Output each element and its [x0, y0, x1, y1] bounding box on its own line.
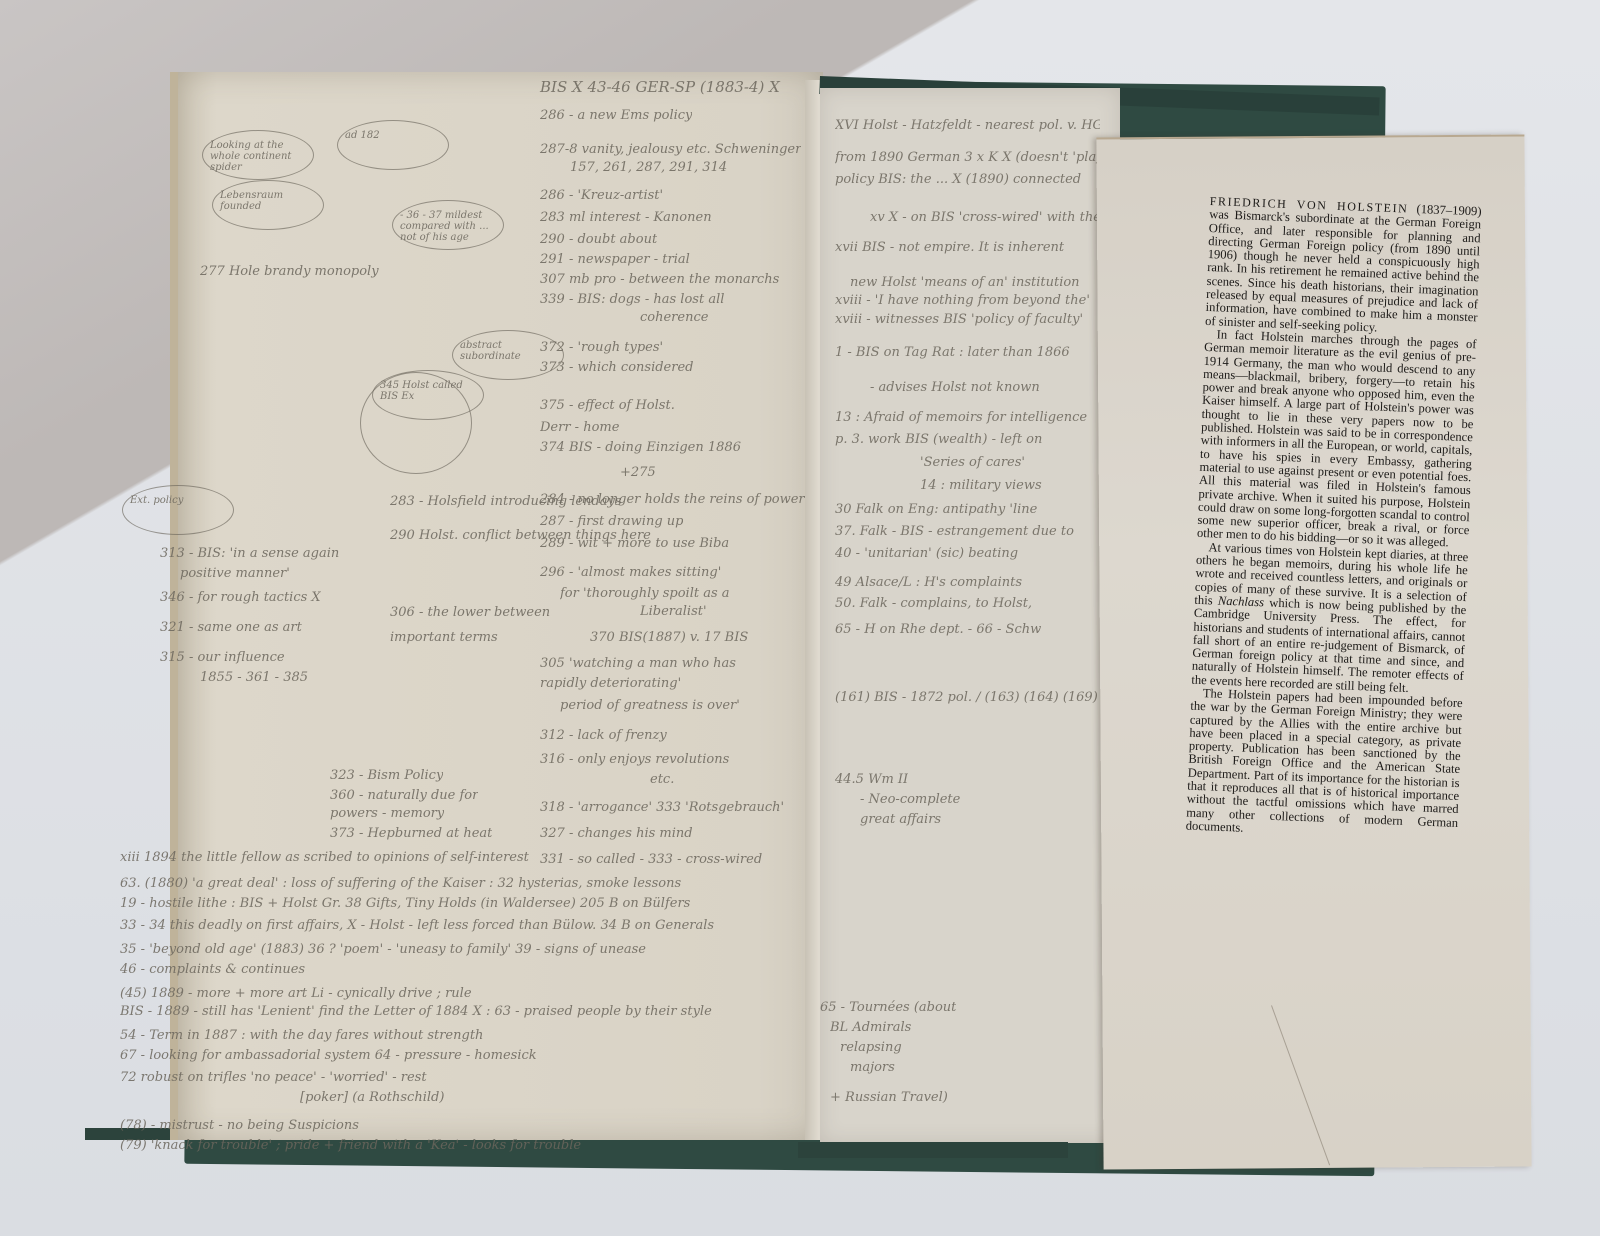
pencil-note: 277 Hole brandy monopoly	[200, 264, 379, 279]
pencil-note: 'Series of cares'	[920, 455, 1025, 470]
pencil-note: 67 - looking for ambassadorial system 64…	[120, 1048, 537, 1063]
pencil-note: new Holst 'means of an' institution	[850, 275, 1080, 290]
pencil-note: 290 Holst. conflict between things here	[390, 528, 651, 543]
pencil-note: xviii - 'I have nothing from beyond the'	[835, 293, 1090, 308]
pencil-note: 72 robust on trifles 'no peace' - 'worri…	[120, 1070, 427, 1085]
pencil-note: 50. Falk - complains, to Holst,	[835, 596, 1032, 611]
pencil-note: 305 'watching a man who has	[540, 656, 736, 671]
pencil-note: Derr - home	[540, 420, 619, 435]
large-circle-annotation	[360, 372, 472, 474]
pencil-note: etc.	[650, 772, 674, 787]
pencil-note: 290 - doubt about	[540, 232, 657, 247]
circled-note-text: ad 182	[345, 130, 380, 141]
circled-note-text: Ext. policy	[130, 495, 183, 506]
pencil-note: xv X - on BIS 'cross-wired' with the	[870, 210, 1100, 225]
jacket-blurb: FRIEDRICH VON HOLSTEIN (1837–1909) was B…	[1185, 195, 1481, 843]
pencil-note: 318 - 'arrogance' 333 'Rotsgebrauch'	[540, 800, 784, 815]
pencil-note: 14 : military views	[920, 478, 1042, 493]
pencil-note: 370 BIS(1887) v. 17 BIS	[590, 630, 748, 645]
pencil-note: great affairs	[860, 812, 941, 827]
pencil-note: 315 - our influence	[160, 650, 285, 665]
blurb-paragraph: At various times von Holstein kept diari…	[1191, 540, 1468, 697]
pencil-note: powers - memory	[330, 806, 444, 821]
pencil-note: 339 - BIS: dogs - has lost all	[540, 292, 724, 307]
note-header: BIS X 43-46 GER-SP (1883-4) X	[540, 78, 780, 96]
pencil-note: 316 - only enjoys revolutions	[540, 752, 729, 767]
pencil-note: 35 - 'beyond old age' (1883) 36 ? 'poem'…	[120, 942, 646, 957]
pencil-note: BL Admirals	[830, 1020, 911, 1035]
pencil-note: policy BIS: the ... X (1890) connected	[835, 172, 1081, 187]
pencil-note: 306 - the lower between	[390, 605, 550, 620]
pencil-note: (78) - mistrust - no being Suspicions	[120, 1118, 359, 1133]
pencil-note: xvii BIS - not empire. It is inherent	[835, 240, 1064, 255]
pencil-note: - advises Holst not known	[870, 380, 1040, 395]
pencil-note: 19 - hostile lithe : BIS + Holst Gr. 38 …	[120, 896, 690, 911]
pencil-note: 296 - 'almost makes sitting'	[540, 565, 721, 580]
pencil-note: 321 - same one as art	[160, 620, 302, 635]
pencil-note: p. 3. work BIS (wealth) - left on	[835, 432, 1042, 447]
pencil-note: 1855 - 361 - 385	[200, 670, 308, 685]
pencil-note: 54 - Term in 1887 : with the day fares w…	[120, 1028, 483, 1043]
pencil-note: 373 - Hepburned at heat	[330, 826, 492, 841]
pencil-note: 37. Falk - BIS - estrangement due to	[835, 524, 1074, 539]
pencil-note: 33 - 34 this deadly on first affairs, X …	[120, 918, 714, 933]
pencil-note: - Neo-complete	[860, 792, 960, 807]
circled-note	[122, 485, 234, 535]
circled-note	[337, 120, 449, 170]
pencil-note: 283 - Holsfield introducing lendays	[390, 494, 622, 509]
pencil-note: rapidly deteriorating'	[540, 676, 681, 691]
pencil-note: 65 - H on Rhe dept. - 66 - Schw	[835, 622, 1041, 637]
pencil-note: 44.5 Wm II	[835, 772, 908, 787]
pencil-note: 346 - for rough tactics X	[160, 590, 321, 605]
pencil-note: for 'thoroughly spoilt as a	[560, 586, 730, 601]
pencil-note: BIS - 1889 - still has 'Lenient' find th…	[120, 1004, 712, 1019]
binding-edge-bottom	[798, 1142, 1068, 1158]
pencil-note: 13 : Afraid of memoirs for intelligence	[835, 410, 1087, 425]
pencil-note: 40 - 'unitarian' (sic) beating	[835, 546, 1018, 561]
pencil-note: 157, 261, 287, 291, 314	[570, 160, 727, 175]
pencil-note: positive manner'	[180, 566, 290, 581]
pencil-note: from 1890 German 3 x K X (doesn't 'play …	[835, 150, 1100, 165]
pencil-note: 46 - complaints & continues	[120, 962, 305, 977]
pencil-note: +275	[620, 465, 656, 480]
pencil-note: (161) BIS - 1872 pol. / (163) (164) (169…	[835, 690, 1098, 705]
pencil-note: 331 - so called - 333 - cross-wired	[540, 852, 762, 867]
pencil-note: 312 - lack of frenzy	[540, 728, 667, 743]
pencil-note: 313 - BIS: 'in a sense again	[160, 546, 339, 561]
blurb-paragraph: The Holstein papers had been impounded b…	[1185, 687, 1462, 844]
pencil-note: 287-8 vanity, jealousy etc. Schweninger	[540, 142, 801, 157]
blurb-text: which is now being published by the Camb…	[1191, 595, 1466, 694]
pencil-note: period of greatness is over'	[560, 698, 740, 713]
pencil-note: 323 - Bism Policy	[330, 768, 443, 783]
pencil-note: 307 mb pro - between the monarchs	[540, 272, 779, 287]
pencil-note: Liberalist'	[640, 604, 707, 619]
circled-note-text: Lebensraum founded	[220, 190, 315, 212]
pencil-note: 65 - Tournées (about	[820, 1000, 956, 1015]
pencil-note: (45) 1889 - more + more art Li - cynical…	[120, 986, 472, 1001]
pencil-note: 360 - naturally due for	[330, 788, 478, 803]
blurb-text: was Bismarck's subordinate at the German…	[1205, 207, 1481, 334]
blurb-paragraph: In fact Holstein marches through the pag…	[1197, 328, 1477, 551]
pencil-note: [poker] (a Rothschild)	[300, 1090, 444, 1105]
pencil-note: 287 - first drawing up	[540, 514, 683, 529]
pencil-note: 286 - a new Ems policy	[540, 108, 692, 123]
pencil-note: coherence	[640, 310, 708, 325]
pencil-note: 327 - changes his mind	[540, 826, 693, 841]
pencil-note: 1 - BIS on Tag Rat : later than 1866	[835, 345, 1070, 360]
pencil-note: 49 Alsace/L : H's complaints	[835, 575, 1022, 590]
pencil-note: 286 - 'Kreuz-artist'	[540, 188, 663, 203]
circled-note-text: Looking at the whole continent spider	[210, 140, 305, 173]
pencil-note: 373 - which considered	[540, 360, 693, 375]
pencil-note: important terms	[390, 630, 498, 645]
pencil-note: 283 ml interest - Kanonen	[540, 210, 712, 225]
pencil-note: 291 - newspaper - trial	[540, 252, 690, 267]
pencil-note: XVI Holst - Hatzfeldt - nearest pol. v. …	[835, 118, 1100, 133]
pencil-note: xviii - witnesses BIS 'policy of faculty…	[835, 312, 1083, 327]
pencil-note: (79) 'knack for trouble' ; pride + frien…	[120, 1138, 581, 1153]
pencil-note: 30 Falk on Eng: antipathy 'line	[835, 502, 1037, 517]
pencil-note: 374 BIS - doing Einzigen 1886	[540, 440, 741, 455]
pencil-note: majors	[850, 1060, 895, 1075]
pencil-note: 375 - effect of Holst.	[540, 398, 675, 413]
circled-note-text: - 36 - 37 mildest compared with ... not …	[400, 210, 495, 243]
pencil-note: xiii 1894 the little fellow as scribed t…	[120, 850, 529, 865]
blurb-paragraph: FRIEDRICH VON HOLSTEIN (1837–1909) was B…	[1205, 195, 1482, 338]
circled-note-text: abstract subordinate	[460, 340, 555, 362]
pencil-note: relapsing	[840, 1040, 902, 1055]
pencil-note: 63. (1880) 'a great deal' : loss of suff…	[120, 876, 681, 891]
pencil-note: + Russian Travel)	[830, 1090, 948, 1105]
